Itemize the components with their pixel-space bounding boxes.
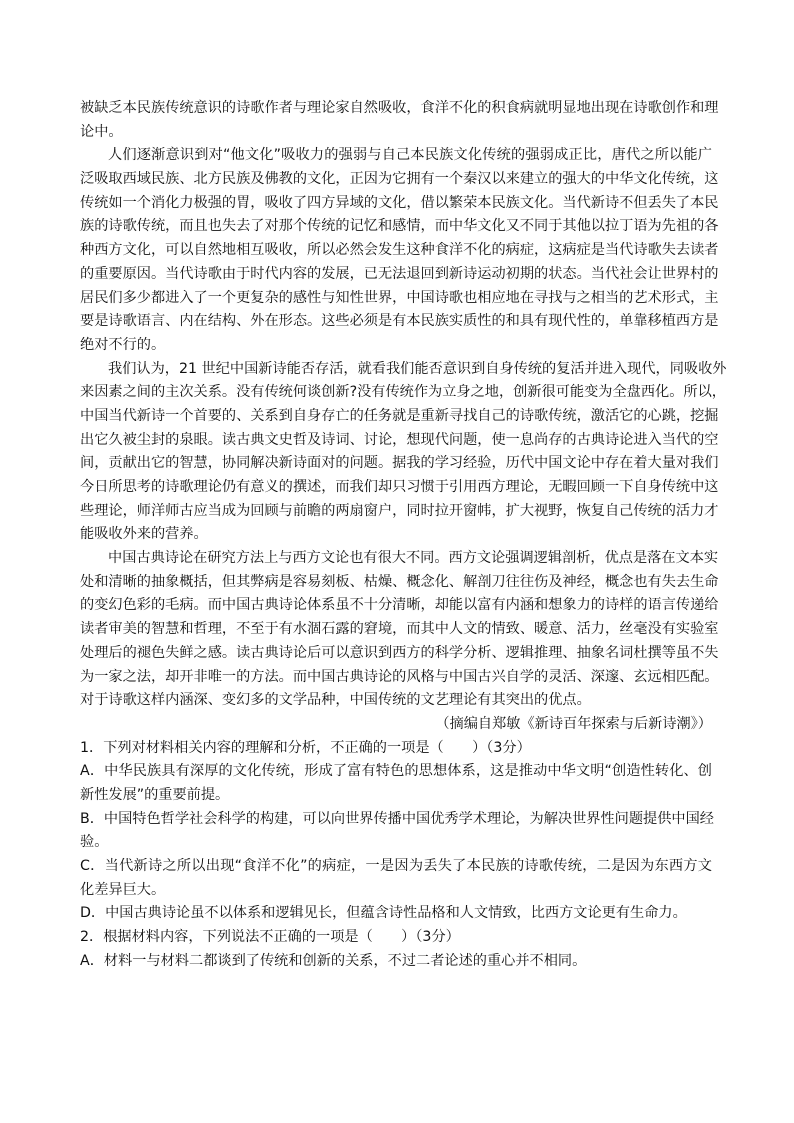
text-line: 传统如一个消化力极强的胃，吸收了四方异域的文化，借以繁荣本民族文化。当代新诗不但…: [80, 192, 712, 216]
text-line: 间，贡献出它的智慧，协同解决新诗面对的问题。据我的学习经验，历代中国文论中存在着…: [80, 452, 712, 476]
text-line: 能吸收外来的营养。: [80, 523, 712, 547]
text-line: 中国古典诗论在研究方法上与西方文论也有很大不同。西方文论强调逻辑剖析，优点是落在…: [80, 547, 712, 571]
text-line: 种西方文化，可以自然地相互吸收，所以必然会发生这种食洋不化的病症，这病症是当代诗…: [80, 239, 712, 263]
text-line: 今日所思考的诗歌理论仍有意义的撰述，而我们却只习惯于引用西方理论，无暇回顾一下自…: [80, 476, 712, 500]
text-line: 出它久被尘封的泉眼。读古典文史哲及诗词、讨论，想现代问题，使一息尚存的古典诗论进…: [80, 429, 712, 453]
option-line: 验。: [80, 831, 712, 855]
option-line: C．当代新诗之所以出现“食洋不化”的病症，一是因为丢失了本民族的诗歌传统，二是因…: [80, 855, 712, 879]
text-line: 处和清晰的抽象概括，但其弊病是容易刻板、枯燥、概念化、解剖刀往往伤及神经，概念也…: [80, 571, 712, 595]
paragraph-classical-poetics: 中国古典诗论在研究方法上与西方文论也有很大不同。西方文论强调逻辑剖析，优点是落在…: [80, 547, 712, 713]
option-line: A．材料一与材料二都谈到了传统和创新的关系，不过二者论述的重心并不相同。: [80, 950, 712, 974]
paragraph-continued: 被缺乏本民族传统意识的诗歌作者与理论家自然吸收，食洋不化的积食病就明显地出现在诗…: [80, 97, 712, 144]
text-line: 读者审美的智慧和哲理，不至于有水涸石露的窘境，而其中人文的情致、暖意、活力，丝毫…: [80, 618, 712, 642]
text-line: 泛吸取西域民族、北方民族及佛教的文化，正因为它拥有一个秦汉以来建立的强大的中华文…: [80, 168, 712, 192]
text-line: 族的诗歌传统，而且也失去了对那个传统的记忆和感情，而中华文化又不同于其他以拉丁语…: [80, 215, 712, 239]
source-citation: （摘编自郑敏《新诗百年探索与后新诗潮》）: [80, 713, 712, 737]
text-line: 绝对不行的。: [80, 334, 712, 358]
text-line: 居民们多少都进入了一个更复杂的感性与知性世界，中国诗歌也相应地在寻找与之相当的艺…: [80, 287, 712, 311]
text-line: 人们逐渐意识到对“他文化”吸收力的强弱与自己本民族文化传统的强弱成正比，唐代之所…: [80, 144, 712, 168]
text-line: 来因素之间的主次关系。没有传统何谈创新?没有传统作为立身之地，创新很可能变为全盘…: [80, 381, 712, 405]
text-line: 要是诗歌语言、内在结构、外在形态。这些必须是有本民族实质性的和具有现代性的，单靠…: [80, 310, 712, 334]
text-line: 我们认为，21 世纪中国新诗能否存活，就看我们能否意识到自身传统的复活并进入现代…: [80, 358, 712, 382]
option-line: A．中华民族具有深厚的文化传统，形成了富有特色的思想体系，这是推动中华文明“创造…: [80, 760, 712, 784]
text-line: 处理后的褪色失鲜之感。读古典诗论后可以意识到西方的科学分析、逻辑推理、抽象名词杜…: [80, 642, 712, 666]
option-a: A．材料一与材料二都谈到了传统和创新的关系，不过二者论述的重心并不相同。: [80, 950, 712, 974]
option-line: 化差异巨大。: [80, 879, 712, 903]
text-line: 些理论，师洋师古应当成为回顾与前瞻的两扇窗户，同时拉开窗帏，扩大视野，恢复自己传…: [80, 500, 712, 524]
text-line: 中国当代新诗一个首要的、关系到自身存亡的任务就是重新寻找自己的诗歌传统，激活它的…: [80, 405, 712, 429]
question-1: 1．下列对材料相关内容的理解和分析，不正确的一项是（ ）（3分） A．中华民族具…: [80, 737, 712, 927]
option-line: B．中国特色哲学社会科学的构建，可以向世界传播中国优秀学术理论，为解决世界性问题…: [80, 808, 712, 832]
text-line: 为一家之法，却开非唯一的方法。而中国古典诗论的风格与中国古兴自学的灵活、深邃、玄…: [80, 666, 712, 690]
option-line: D．中国古典诗论虽不以体系和逻辑见长，但蕴含诗性品格和人文情致，比西方文论更有生…: [80, 902, 712, 926]
text-line: 被缺乏本民族传统意识的诗歌作者与理论家自然吸收，食洋不化的积食病就明显地出现在诗…: [80, 97, 712, 121]
text-line: 对于诗歌这样内涵深、变幻多的文学品种，中国传统的文艺理论有其突出的优点。: [80, 689, 712, 713]
option-line: 新性发展”的重要前提。: [80, 784, 712, 808]
option-a: A．中华民族具有深厚的文化传统，形成了富有特色的思想体系，这是推动中华文明“创造…: [80, 760, 712, 807]
text-line: 的重要原因。当代诗歌由于时代内容的发展，已无法退回到新诗运动初期的状态。当代社会…: [80, 263, 712, 287]
question-2: 2．根据材料内容，下列说法不正确的一项是（ ）（3分） A．材料一与材料二都谈到…: [80, 926, 712, 973]
option-b: B．中国特色哲学社会科学的构建，可以向世界传播中国优秀学术理论，为解决世界性问题…: [80, 808, 712, 855]
option-c: C．当代新诗之所以出现“食洋不化”的病症，一是因为丢失了本民族的诗歌传统，二是因…: [80, 855, 712, 902]
text-line: 论中。: [80, 121, 712, 145]
paragraph-cultural-absorption: 人们逐渐意识到对“他文化”吸收力的强弱与自己本民族文化传统的强弱成正比，唐代之所…: [80, 144, 712, 357]
question-stem: 1．下列对材料相关内容的理解和分析，不正确的一项是（ ）（3分）: [80, 737, 712, 761]
paragraph-tradition-revival: 我们认为，21 世纪中国新诗能否存活，就看我们能否意识到自身传统的复活并进入现代…: [80, 358, 712, 548]
document-page: 被缺乏本民族传统意识的诗歌作者与理论家自然吸收，食洋不化的积食病就明显地出现在诗…: [80, 97, 712, 973]
question-stem: 2．根据材料内容，下列说法不正确的一项是（ ）（3分）: [80, 926, 712, 950]
text-line: 的变幻色彩的毛病。而中国古典诗论体系虽不十分清晰，却能以富有内涵和想象力的诗样的…: [80, 594, 712, 618]
option-d: D．中国古典诗论虽不以体系和逻辑见长，但蕴含诗性品格和人文情致，比西方文论更有生…: [80, 902, 712, 926]
